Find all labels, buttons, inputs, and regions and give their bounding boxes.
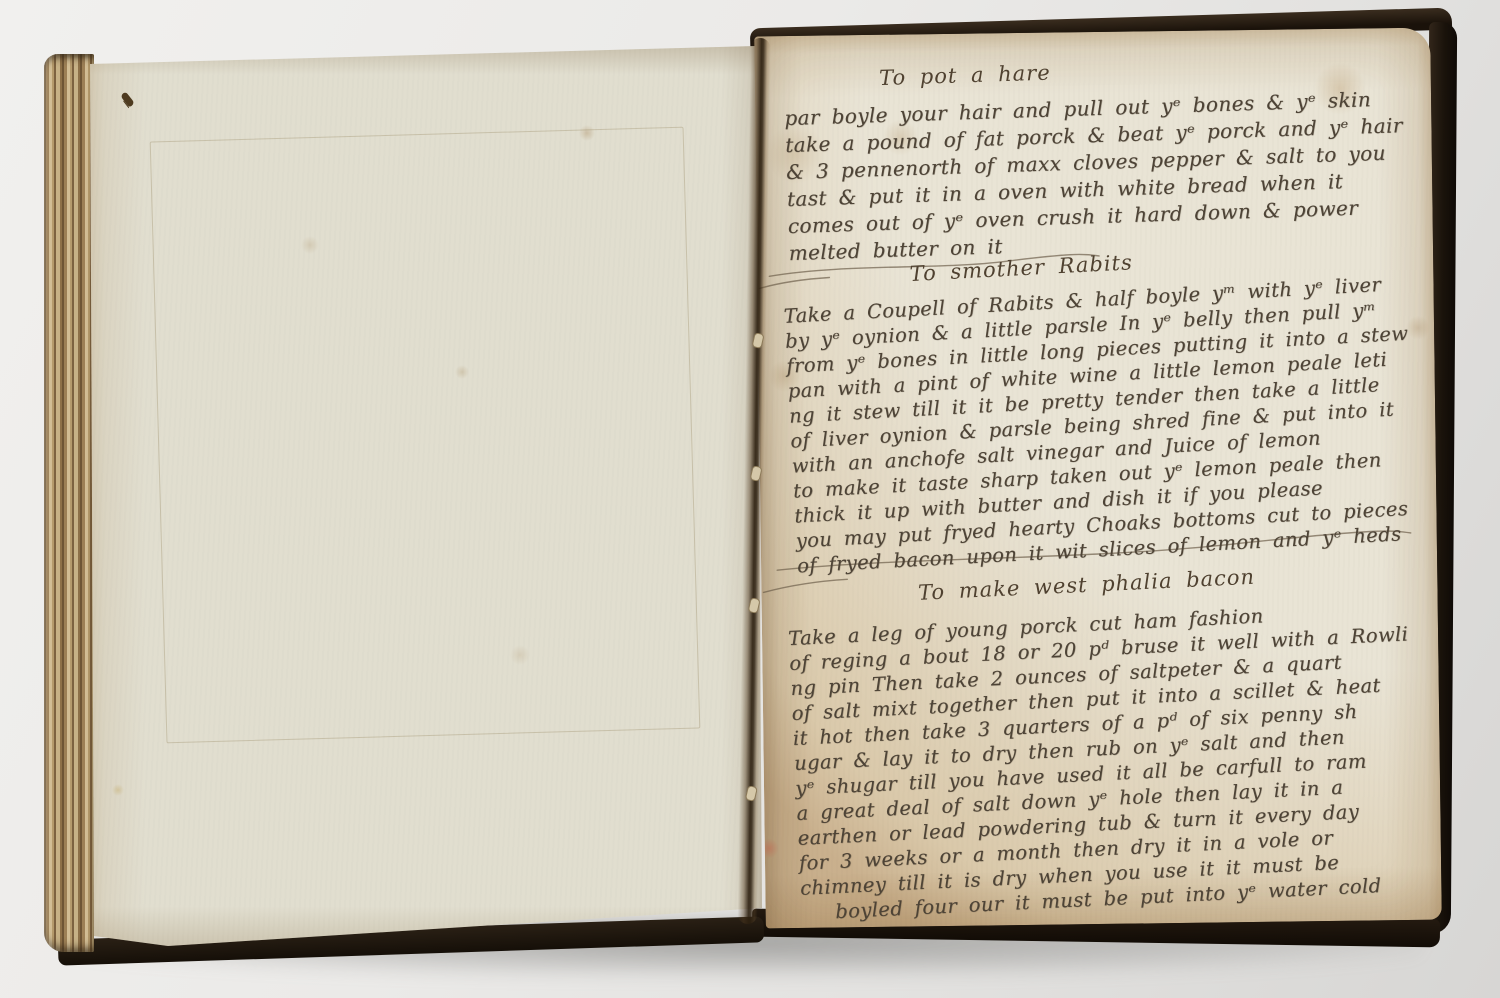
recipe-block-westphalia-bacon: To make west phalia bacon Take a leg of … xyxy=(786,557,1434,926)
left-blank-page xyxy=(84,38,762,952)
binding-stitch xyxy=(752,332,765,349)
page-impression-rectangle xyxy=(150,127,701,744)
recipe-block-pot-a-hare: To pot a hare par boyle your hair and pu… xyxy=(783,48,1421,267)
photo-scene: To pot a hare par boyle your hair and pu… xyxy=(0,0,1500,998)
right-manuscript-page: To pot a hare par boyle your hair and pu… xyxy=(754,28,1442,929)
binding-stitch xyxy=(750,465,763,482)
page-fore-edge-stack xyxy=(44,54,94,952)
recipe-block-smother-rabits: To smother Rabits Take a Coupell of Rabi… xyxy=(781,235,1429,578)
binding-stitch xyxy=(748,597,761,614)
binding-stitch xyxy=(745,785,758,802)
ink-blot xyxy=(120,91,135,107)
